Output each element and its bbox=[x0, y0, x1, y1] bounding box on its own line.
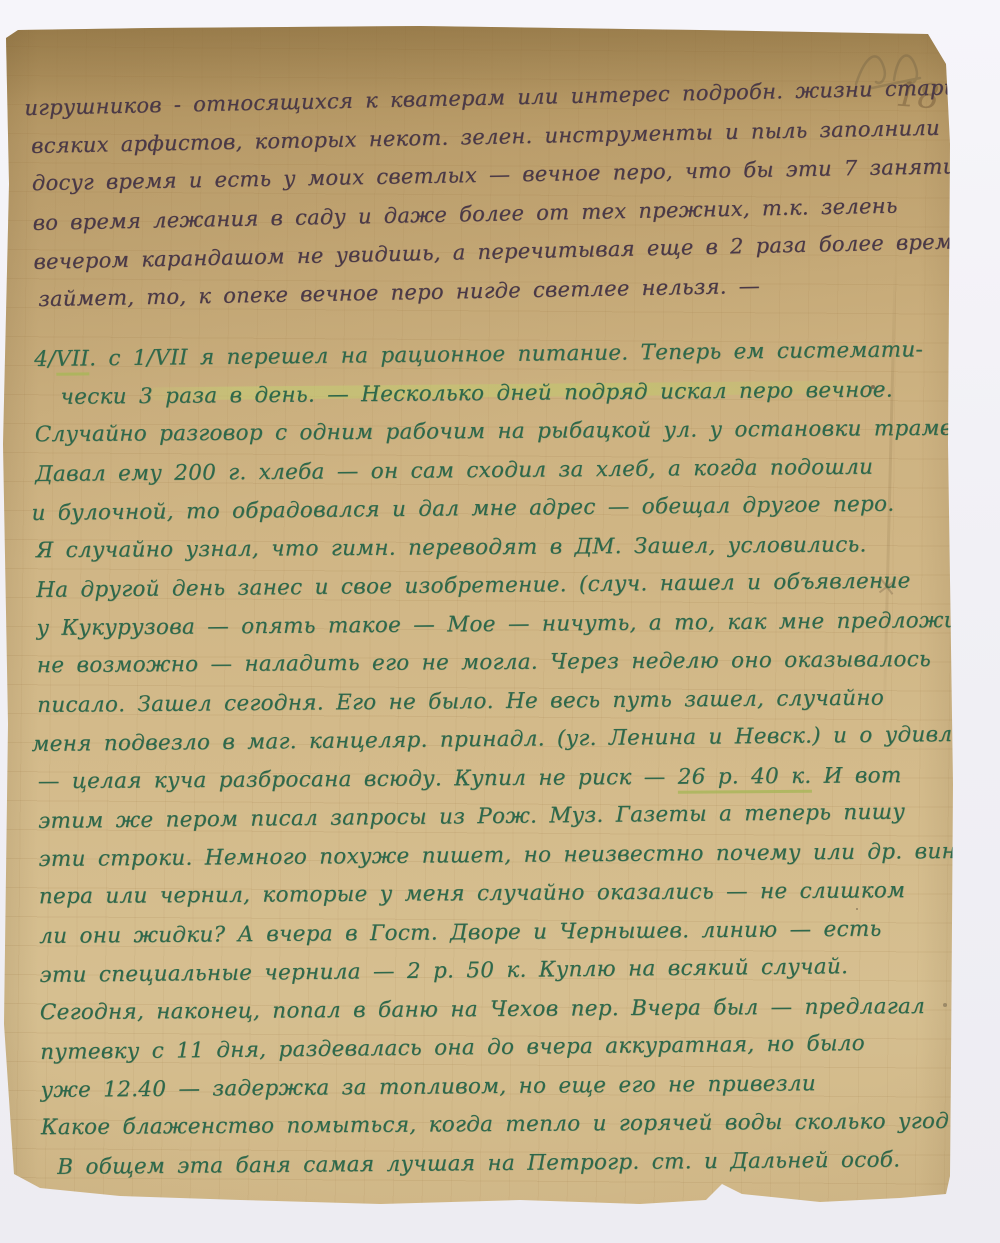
pencil-x-mark: × bbox=[874, 571, 900, 604]
handwriting-line: Случайно разговор с одним рабочим на рыб… bbox=[35, 410, 939, 455]
handwriting-line: пера или чернил, которые у меня случайно… bbox=[39, 872, 943, 917]
handwriting-line: Какое блаженство помыться, когда тепло и… bbox=[41, 1103, 945, 1148]
diary-entry: 4/VII. с 1/VII я перешел на рационное пи… bbox=[34, 332, 945, 1187]
scan-backdrop: 18 игрушников - относящихся к кватерам и… bbox=[0, 0, 1000, 1243]
underlined-text: VII bbox=[56, 346, 90, 375]
opening-paragraph: игрушников - относящихся к кватерам или … bbox=[30, 70, 934, 319]
handwriting-line: не возможно — наладить его не могла. Чер… bbox=[37, 641, 941, 686]
paper-specks bbox=[0, 24, 2, 26]
underlined-text: 26 р. 40 к. bbox=[678, 763, 812, 793]
handwriting-line: В общем эта баня самая лучшая на Петрогр… bbox=[57, 1141, 945, 1187]
paper-sheet: 18 игрушников - относящихся к кватерам и… bbox=[0, 24, 956, 1206]
